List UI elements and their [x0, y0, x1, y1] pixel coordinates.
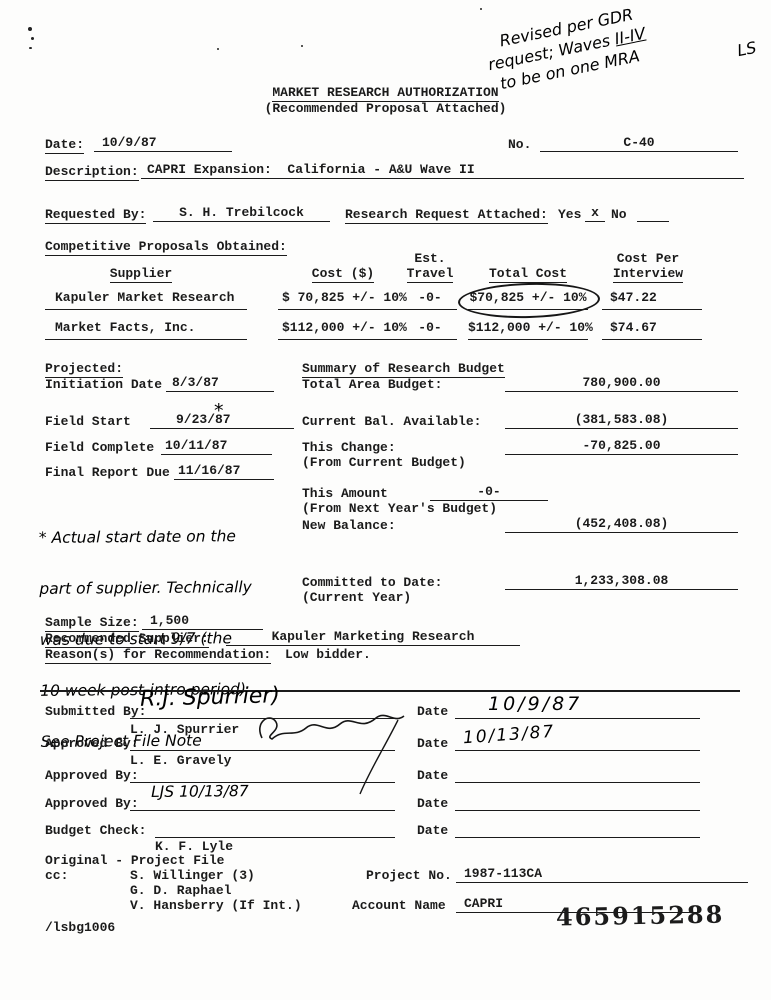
this-change-subnote: (From Current Budget) [302, 455, 466, 470]
proposals-section-title: Competitive Proposals Obtained: [45, 239, 287, 254]
this-amount-subnote: (From Next Year's Budget) [302, 501, 497, 516]
travel-cell: -0- [403, 320, 457, 340]
number-value: C-40 [540, 134, 738, 152]
date-column-label: Date [417, 768, 448, 783]
final-report-due-value: 11/16/87 [174, 462, 274, 480]
approved-signature-line [130, 793, 395, 811]
no-option-label: No [611, 207, 627, 222]
cc-label: cc: [45, 868, 68, 883]
handwritten-circle-annotation [458, 281, 601, 320]
budget-section-title: Summary of Research Budget [302, 361, 505, 376]
form-subtitle: (Recommended Proposal Attached) [0, 101, 771, 116]
current-balance-label: Current Bal. Available: [302, 414, 481, 429]
sample-size-label: Sample Size: [45, 615, 139, 630]
recommended-supplier-value: Kapuler Marketing Research [226, 628, 520, 646]
committed-to-date-value: 1,233,308.08 [505, 572, 738, 590]
field-start-label: Field Start [45, 414, 131, 429]
approved-date-line [455, 765, 700, 783]
cc-recipient: G. D. Raphael [130, 883, 231, 898]
yes-option-label: Yes [558, 207, 581, 222]
scan-speck [217, 48, 219, 50]
scan-speck [301, 45, 303, 47]
date-label: Date: [45, 137, 84, 152]
budget-check-date-line [455, 820, 700, 838]
projected-section-title: Projected: [45, 361, 123, 376]
margin-note-line: * Actual start date on the [39, 526, 252, 549]
budget-check-label: Budget Check: [45, 823, 146, 838]
recommendation-reason-value: Low bidder. [285, 647, 371, 662]
scan-speck [28, 27, 32, 31]
supplier-cell: Market Facts, Inc. [45, 320, 247, 340]
recommendation-reason-label: Reason(s) for Recommendation: [45, 647, 271, 662]
this-amount-label: This Amount [302, 486, 388, 501]
column-header-interview: Interview [602, 266, 694, 281]
travel-cell: -0- [403, 290, 457, 310]
approved-signature-scrawl [248, 708, 418, 798]
initiation-date-label: Initiation Date [45, 377, 162, 392]
final-report-due-label: Final Report Due [45, 465, 170, 480]
total-area-budget-label: Total Area Budget: [302, 377, 442, 392]
budget-check-line [155, 820, 395, 838]
submitted-date-value: 10/9/87 [488, 697, 582, 712]
approved-by-label: Approved By: [45, 796, 139, 811]
handwritten-asterisk: * [214, 404, 224, 419]
column-header-est: Est. [403, 251, 457, 266]
column-header-travel: Travel [403, 266, 457, 281]
handwritten-margin-note: * Actual start date on the part of suppl… [39, 496, 254, 834]
new-balance-label: New Balance: [302, 518, 396, 533]
submitted-signature: R.J. Spurrier) [140, 688, 280, 707]
account-name-label: Account Name [352, 898, 446, 913]
date-column-label: Date [417, 796, 448, 811]
project-no-value: 1987-113CA [456, 865, 748, 883]
cost-per-interview-cell: $47.22 [602, 290, 702, 310]
total-area-budget-value: 780,900.00 [505, 374, 738, 392]
this-change-value: -70,825.00 [505, 437, 738, 455]
column-header-cost: Cost ($) [278, 266, 408, 281]
cost-per-interview-cell: $74.67 [602, 320, 702, 340]
column-header-cost-per: Cost Per [602, 251, 694, 266]
yes-checkbox-mark: x [585, 204, 605, 222]
cc-recipient: S. Willinger (3) [130, 868, 255, 883]
project-no-label: Project No. [366, 868, 452, 883]
approved-by-label: Approved By: [45, 768, 139, 783]
date-column-label: Date [417, 823, 448, 838]
description-label: Description: [45, 164, 139, 179]
requested-by-value: S. H. Trebilcock [153, 204, 330, 222]
initiation-date-value: 8/3/87 [166, 374, 274, 392]
approved-by-label: Approved By: [45, 736, 139, 751]
approved-date-line [455, 793, 700, 811]
form-title: MARKET RESEARCH AUTHORIZATION [0, 85, 771, 100]
scanned-form-page: Revised per GDR request; Waves II-IV to … [0, 0, 771, 1000]
column-header-supplier: Supplier [45, 266, 237, 281]
this-change-label: This Change: [302, 440, 396, 455]
cost-cell: $ 70,825 +/- 10% [278, 290, 412, 310]
new-balance-value: (452,408.08) [505, 515, 738, 533]
column-header-total-cost: Total Cost [468, 266, 588, 281]
field-complete-value: 10/11/87 [161, 437, 272, 455]
recommended-supplier-label: Recommended Supplier: [45, 631, 209, 646]
this-amount-value: -0- [430, 483, 548, 501]
margin-note-line: part of supplier. Technically [39, 577, 252, 600]
supplier-cell: Kapuler Market Research [45, 290, 247, 310]
committed-subnote: (Current Year) [302, 590, 411, 605]
original-distribution: Original - Project File [45, 853, 224, 868]
scan-speck [31, 37, 34, 40]
document-code: /lsbg1006 [45, 920, 115, 935]
date-column-label: Date [417, 704, 448, 719]
date-value: 10/9/87 [94, 134, 232, 152]
requested-by-label: Requested By: [45, 207, 146, 222]
research-request-label: Research Request Attached: [345, 207, 548, 222]
committed-to-date-label: Committed to Date: [302, 575, 442, 590]
approved-signature-line [130, 765, 395, 783]
description-value: CAPRI Expansion: California - A&U Wave I… [141, 161, 744, 179]
date-column-label: Date [417, 736, 448, 751]
budget-check-typed-name: K. F. Lyle [155, 839, 233, 854]
cc-recipient: V. Hansberry (If Int.) [130, 898, 302, 913]
total-cost-cell: $112,000 +/- 10% [468, 320, 588, 340]
scan-speck [480, 8, 482, 10]
no-checkbox-blank [637, 204, 669, 222]
scan-speck [29, 47, 32, 49]
cost-cell: $112,000 +/- 10% [278, 320, 412, 340]
field-complete-label: Field Complete [45, 440, 154, 455]
current-balance-value: (381,583.08) [505, 411, 738, 429]
bates-stamp-number: 465915288 [556, 907, 725, 925]
number-label: No. [508, 137, 531, 152]
